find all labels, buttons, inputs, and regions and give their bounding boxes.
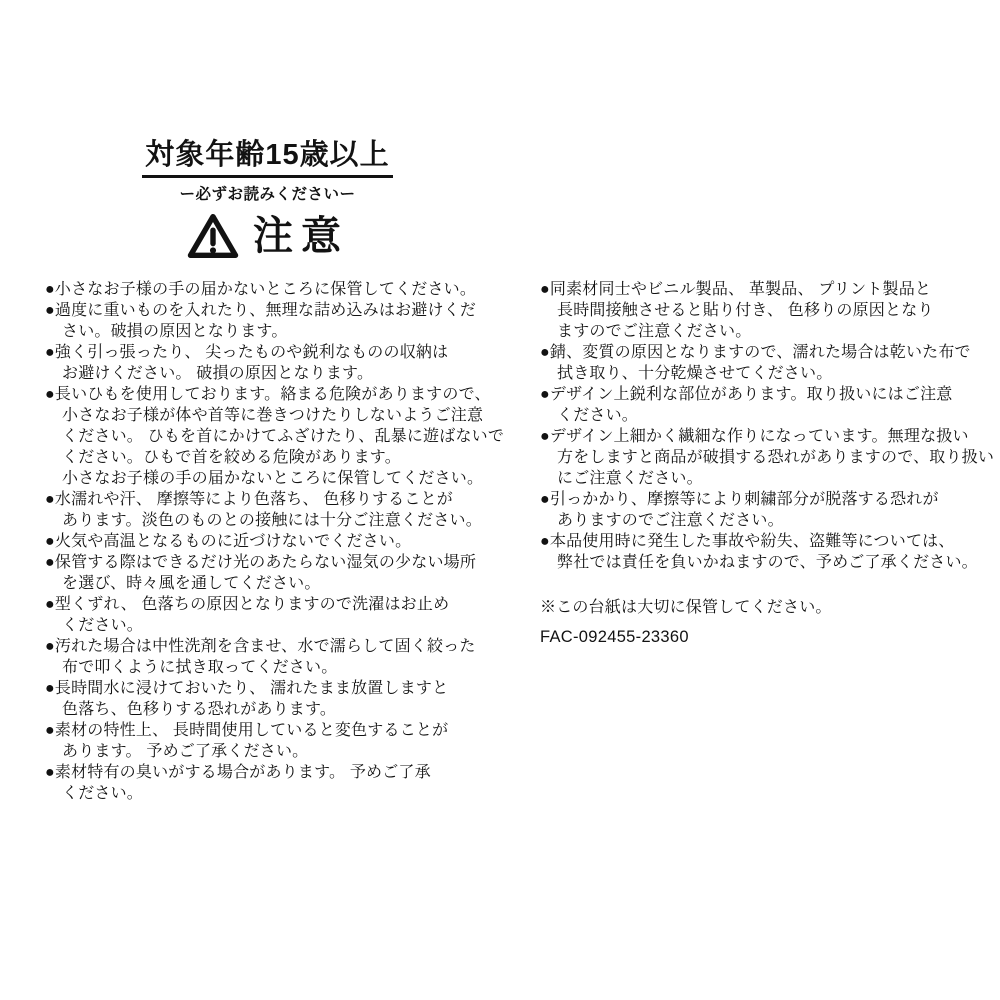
- warning-columns: ●小さなお子様の手の届かないところに保管してください。 ●過度に重いものを入れた…: [45, 279, 995, 804]
- read-notice-subtitle: ー必ずお読みくださいー: [0, 182, 535, 204]
- warning-item: ●同素材同士やビニル製品、 革製品、 プリント製品と 長時間接触させると貼り付き…: [540, 279, 995, 342]
- caution-label: 注意: [253, 216, 349, 256]
- age-restriction-title: 対象年齢15歳以上: [142, 140, 392, 178]
- warnings-left-column: ●小さなお子様の手の届かないところに保管してください。 ●過度に重いものを入れた…: [45, 279, 515, 804]
- warning-item: ●素材の特性上、 長時間使用していると変色することが あります。 予めご了承くだ…: [45, 720, 515, 762]
- caution-heading: 注意: [0, 211, 535, 261]
- warning-item: ●引っかかり、摩擦等により刺繍部分が脱落する恐れが ありますのでご注意ください。: [540, 489, 995, 531]
- product-code: FAC-092455-23360: [540, 627, 995, 648]
- warning-item: ●過度に重いものを入れたり、無理な詰め込みはお避けくだ さい。破損の原因となりま…: [45, 300, 515, 342]
- warning-item: ●強く引っ張ったり、 尖ったものや鋭利なものの収納は お避けください。 破損の原…: [45, 342, 515, 384]
- warning-item: ●長いひもを使用しております。絡まる危険がありますので、 小さなお子様が体や首等…: [45, 384, 515, 489]
- warning-item: ●素材特有の臭いがする場合があります。 予めご了承 ください。: [45, 762, 515, 804]
- warning-item: ●保管する際はできるだけ光のあたらない湿気の少ない場所 を選び、時々風を通してく…: [45, 552, 515, 594]
- warning-triangle-icon: [186, 211, 240, 261]
- warning-item: ●本品使用時に発生した事故や紛失、盗難等については、 弊社では責任を負いかねます…: [540, 531, 995, 573]
- warning-item: ●火気や高温となるものに近づけないでください。: [45, 531, 515, 552]
- warning-item: ●汚れた場合は中性洗剤を含ませ、水で濡らして固く絞った 布で叩くように拭き取って…: [45, 636, 515, 678]
- warning-item: ●長時間水に浸けておいたり、 濡れたまま放置しますと 色落ち、色移りする恐れがあ…: [45, 678, 515, 720]
- keep-card-note: ※この台紙は大切に保管してください。: [540, 597, 995, 618]
- caution-card: { "page": { "background": "#ffffff", "te…: [0, 0, 1000, 1000]
- warning-item: ●デザイン上鋭利な部位があります。取り扱いにはご注意 ください。: [540, 384, 995, 426]
- warnings-right-column: ●同素材同士やビニル製品、 革製品、 プリント製品と 長時間接触させると貼り付き…: [540, 279, 995, 648]
- warning-item: ●小さなお子様の手の届かないところに保管してください。: [45, 279, 515, 300]
- warning-item: ●錆、変質の原因となりますので、濡れた場合は乾いた布で 拭き取り、十分乾燥させて…: [540, 342, 995, 384]
- header: 対象年齢15歳以上 ー必ずお読みくださいー 注意: [0, 140, 535, 261]
- warning-item: ●型くずれ、 色落ちの原因となりますので洗濯はお止め ください。: [45, 594, 515, 636]
- warning-item: ●デザイン上細かく繊細な作りになっています。無理な扱い 方をしますと商品が破損す…: [540, 426, 995, 489]
- warning-item: ●水濡れや汗、 摩擦等により色落ち、 色移りすることが あります。淡色のものとの…: [45, 489, 515, 531]
